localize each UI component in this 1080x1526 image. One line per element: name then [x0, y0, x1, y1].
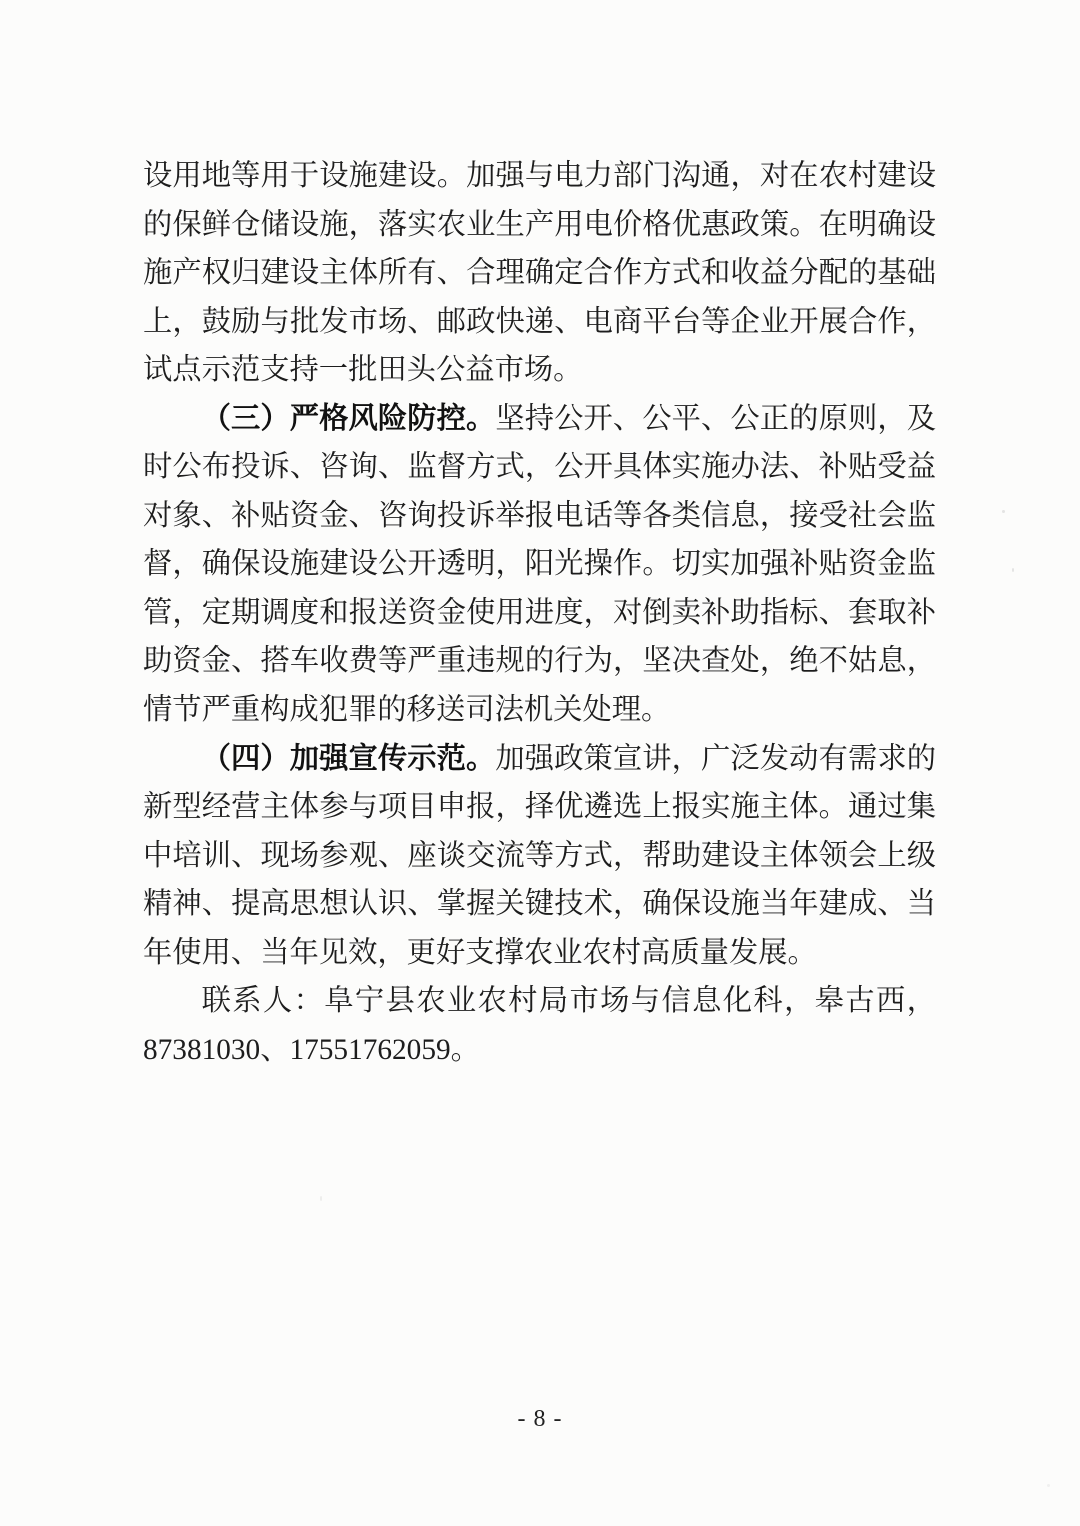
paragraph-text: 设用地等用于设施建设。加强与电力部门沟通，对在农村建设的保鲜仓储设施，落实农业生… — [143, 160, 936, 386]
section-3-heading: （三）严格风险防控。 — [202, 403, 496, 435]
scan-speck — [1002, 510, 1005, 513]
page-number: - 8 - — [0, 1406, 1080, 1433]
contact-text: 联系人：阜宁县农业农村局市场与信息化科，皋古西，87381030、1755176… — [143, 985, 936, 1066]
paragraph-section-3: （三）严格风险防控。坚持公开、公平、公正的原则，及时公布投诉、咨询、监督方式，公… — [143, 395, 936, 735]
scan-speck — [320, 1196, 322, 1201]
section-4-heading: （四）加强宣传示范。 — [202, 743, 496, 775]
paragraph-continuation: 设用地等用于设施建设。加强与电力部门沟通，对在农村建设的保鲜仓储设施，落实农业生… — [143, 152, 936, 395]
scan-speck — [1047, 1484, 1050, 1487]
document-text-block: 设用地等用于设施建设。加强与电力部门沟通，对在农村建设的保鲜仓储设施，落实农业生… — [143, 152, 936, 1074]
scan-speck — [1012, 568, 1014, 572]
paragraph-section-4: （四）加强宣传示范。加强政策宣讲，广泛发动有需求的新型经营主体参与项目申报，择优… — [143, 735, 936, 978]
section-3-body: 坚持公开、公平、公正的原则，及时公布投诉、咨询、监督方式，公开具体实施办法、补贴… — [143, 403, 936, 726]
paragraph-contact: 联系人：阜宁县农业农村局市场与信息化科，皋古西，87381030、1755176… — [143, 977, 936, 1074]
section-4-body: 加强政策宣讲，广泛发动有需求的新型经营主体参与项目申报，择优遴选上报实施主体。通… — [143, 743, 936, 969]
scan-speck — [345, 232, 348, 234]
document-page: 设用地等用于设施建设。加强与电力部门沟通，对在农村建设的保鲜仓储设施，落实农业生… — [0, 0, 1080, 1526]
